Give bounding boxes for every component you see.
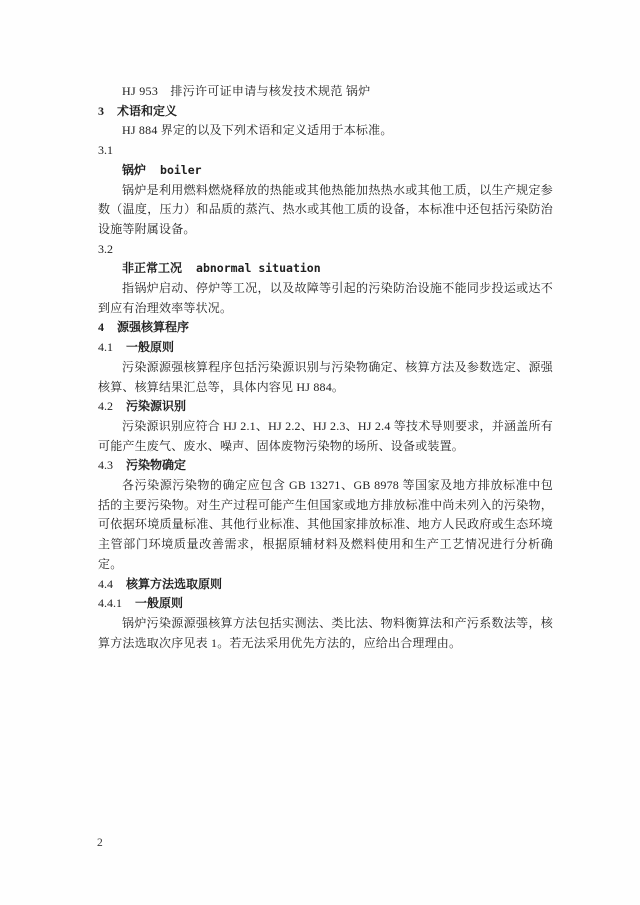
- subsection-title: 核算方法选取原则: [126, 577, 222, 591]
- subsubsection-title: 一般原则: [135, 596, 183, 610]
- document-page: HJ 953 排污许可证申请与核发技术规范 锅炉 3术语和定义 HJ 884 界…: [0, 0, 640, 905]
- term-chinese: 非正常工况: [122, 261, 182, 275]
- referenced-standard-line: HJ 953 排污许可证申请与核发技术规范 锅炉: [98, 82, 553, 102]
- subsection-title: 污染源识别: [126, 399, 186, 413]
- term-english: boiler: [160, 163, 202, 177]
- subsection-title: 一般原则: [126, 340, 174, 354]
- document-body: HJ 953 排污许可证申请与核发技术规范 锅炉 3术语和定义 HJ 884 界…: [98, 82, 553, 653]
- subsection-number: 4.3: [98, 458, 113, 472]
- subsection-number: 4.2: [98, 399, 113, 413]
- subsection-heading-4-1: 4.1一般原则: [98, 338, 553, 358]
- section-number: 3: [98, 104, 104, 118]
- subsubsection-heading-4-4-1: 4.4.1一般原则: [98, 594, 553, 614]
- subsection-heading-4-2: 4.2污染源识别: [98, 397, 553, 417]
- term-english: abnormal situation: [196, 261, 321, 275]
- paragraph-4-4-1: 锅炉污染源源强核算方法包括实测法、类比法、物料衡算法和产污系数法等，核算方法选取…: [98, 614, 553, 653]
- subsection-number: 4.1: [98, 340, 113, 354]
- subsubsection-number: 4.4.1: [98, 596, 122, 610]
- paragraph-4-2: 污染源识别应符合 HJ 2.1、HJ 2.2、HJ 2.3、HJ 2.4 等技术…: [98, 417, 553, 456]
- term-definition-boiler: 锅炉是利用燃料燃烧释放的热能或其他热能加热热水或其他工质，以生产规定参数（温度，…: [98, 181, 553, 240]
- section-title: 术语和定义: [117, 104, 177, 118]
- section-heading-3: 3术语和定义: [98, 102, 553, 122]
- section-title: 源强核算程序: [117, 320, 189, 334]
- page-number: 2: [97, 837, 103, 849]
- subsection-number: 4.4: [98, 577, 113, 591]
- section-number: 4: [98, 320, 104, 334]
- subsection-heading-4-4: 4.4核算方法选取原则: [98, 575, 553, 595]
- subsection-title: 污染物确定: [126, 458, 186, 472]
- term-entry-boiler: 锅炉boiler: [98, 161, 553, 181]
- clause-number-3-2: 3.2: [98, 240, 553, 260]
- clause-number-3-1: 3.1: [98, 141, 553, 161]
- paragraph-4-3: 各污染源污染物的确定应包含 GB 13271、GB 8978 等国家及地方排放标…: [98, 476, 553, 575]
- section-heading-4: 4源强核算程序: [98, 318, 553, 338]
- paragraph-4-1: 污染源源强核算程序包括污染源识别与污染物确定、核算方法及参数选定、源强核算、核算…: [98, 358, 553, 397]
- terms-intro-paragraph: HJ 884 界定的以及下列术语和定义适用于本标准。: [98, 121, 553, 141]
- term-chinese: 锅炉: [122, 163, 146, 177]
- term-definition-abnormal-situation: 指锅炉启动、停炉等工况，以及故障等引起的污染防治设施不能同步投运或达不到应有治理…: [98, 279, 553, 318]
- subsection-heading-4-3: 4.3污染物确定: [98, 456, 553, 476]
- term-entry-abnormal-situation: 非正常工况abnormal situation: [98, 259, 553, 279]
